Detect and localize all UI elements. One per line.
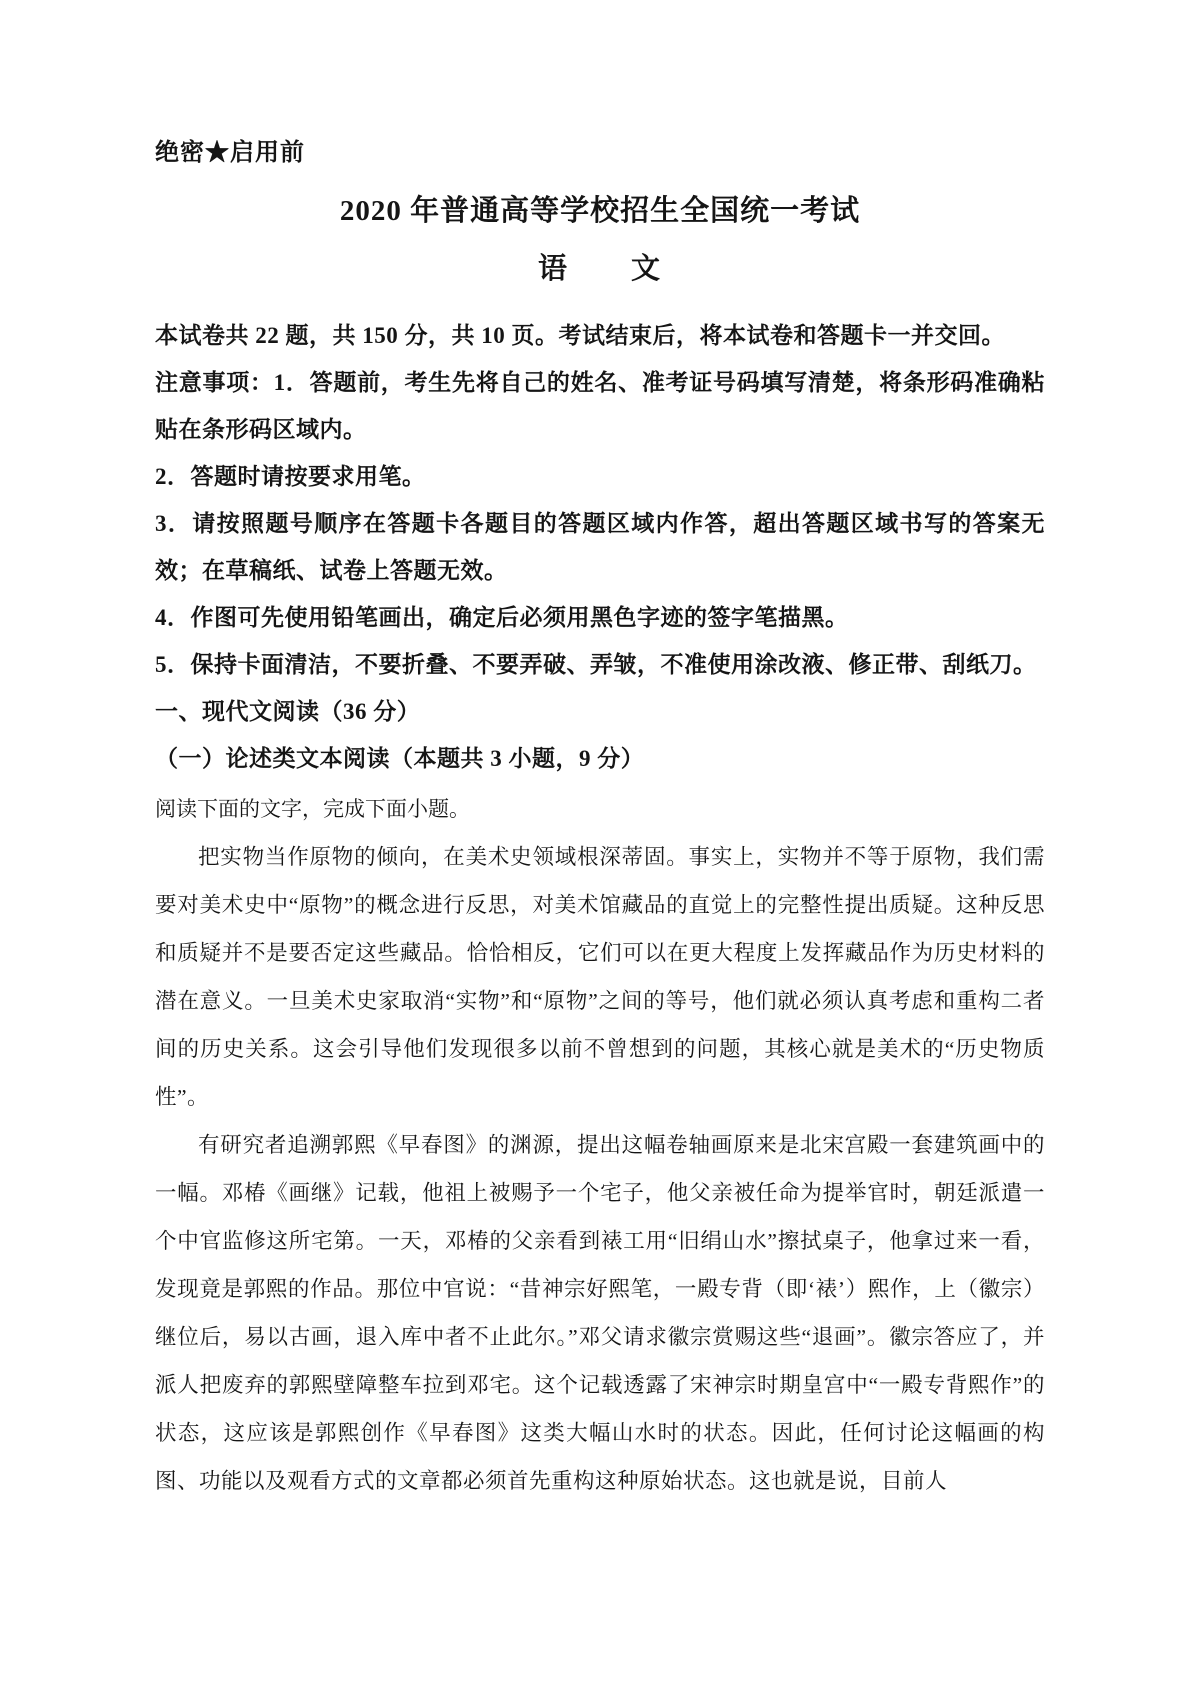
- reading-passage: 把实物当作原物的倾向，在美术史领域根深蒂固。事实上，实物并不等于原物，我们需要对…: [155, 833, 1045, 1505]
- subsection-heading: （一）论述类文本阅读（本题共 3 小题，9 分）: [155, 735, 1045, 782]
- classification-label: 绝密★启用前: [155, 138, 1045, 168]
- exam-title: 2020 年普通高等学校招生全国统一考试: [155, 194, 1045, 228]
- exam-paper-page: 绝密★启用前 2020 年普通高等学校招生全国统一考试 语 文 本试卷共 22 …: [0, 0, 1200, 1698]
- passage-paragraph: 把实物当作原物的倾向，在美术史领域根深蒂固。事实上，实物并不等于原物，我们需要对…: [155, 833, 1045, 1121]
- passage-paragraph: 有研究者追溯郭熙《早春图》的渊源，提出这幅卷轴画原来是北宋宫殿一套建筑画中的一幅…: [155, 1121, 1045, 1505]
- page-content: 绝密★启用前 2020 年普通高等学校招生全国统一考试 语 文 本试卷共 22 …: [0, 0, 1200, 1505]
- subject-title: 语 文: [155, 252, 1045, 286]
- instruction-item: 2．答题时请按要求用笔。: [155, 453, 1045, 500]
- instruction-item: 3．请按照题号顺序在答题卡各题目的答题区域内作答，超出答题区域书写的答案无效；在…: [155, 500, 1045, 594]
- section-heading: 一、现代文阅读（36 分）: [155, 688, 1045, 735]
- instruction-item: 本试卷共 22 题，共 150 分，共 10 页。考试结束后，将本试卷和答题卡一…: [155, 312, 1045, 359]
- instruction-item: 注意事项：1．答题前，考生先将自己的姓名、准考证号码填写清楚，将条形码准确粘贴在…: [155, 359, 1045, 453]
- instructions-block: 本试卷共 22 题，共 150 分，共 10 页。考试结束后，将本试卷和答题卡一…: [155, 312, 1045, 688]
- instruction-item: 4．作图可先使用铅笔画出，确定后必须用黑色字迹的签字笔描黑。: [155, 594, 1045, 641]
- instruction-item: 5．保持卡面清洁，不要折叠、不要弄破、弄皱，不准使用涂改液、修正带、刮纸刀。: [155, 641, 1045, 688]
- reading-prompt: 阅读下面的文字，完成下面小题。: [155, 785, 1045, 833]
